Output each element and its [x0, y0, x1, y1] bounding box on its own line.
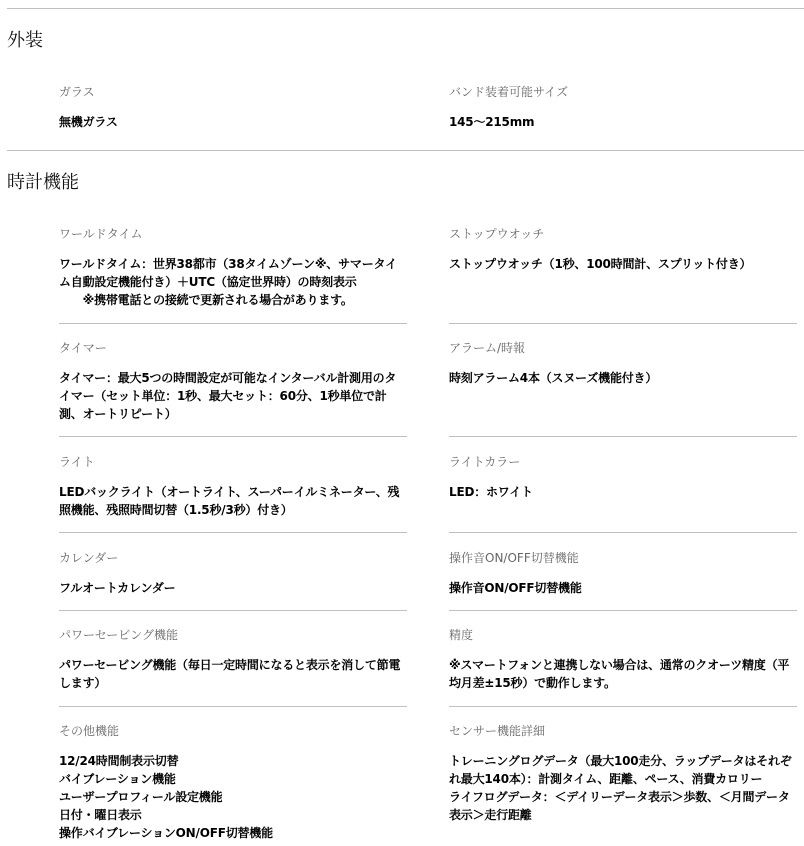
- row-divider: [449, 532, 797, 533]
- spec-item-light: ライト LEDバックライト（オートライト、スーパーイルミネーター、残 照機能、残…: [59, 455, 407, 519]
- row-divider: [59, 436, 407, 437]
- spec-label: バンド装着可能サイズ: [449, 85, 797, 99]
- spec-item-sensor-details: センサー機能詳細 トレーニングログデータ（最大100走分、ラップデータはそれぞ …: [449, 724, 797, 824]
- spec-label: 操作音ON/OFF切替機能: [449, 551, 797, 565]
- row-divider: [449, 610, 797, 611]
- section-title-watch-functions: 時計機能: [7, 168, 79, 194]
- spec-value: タイマー：最大5つの時間設定が可能なインターバル計測用のタ イマー（セット単位：…: [59, 369, 407, 423]
- row-divider: [59, 610, 407, 611]
- spec-value: フルオートカレンダー: [59, 579, 407, 597]
- row-divider: [449, 706, 797, 707]
- spec-item-other-functions: その他機能 12/24時間制表示切替 バイブレーション機能 ユーザープロフィール…: [59, 724, 407, 842]
- section-title-exterior: 外装: [7, 26, 43, 52]
- section-divider: [7, 150, 804, 151]
- spec-label: ガラス: [59, 85, 407, 99]
- spec-label: ライトカラー: [449, 455, 797, 469]
- spec-item-accuracy: 精度 ※スマートフォンと連携しない場合は、通常のクオーツ精度（平 均月差±15秒…: [449, 628, 797, 692]
- spec-value: パワーセービング機能（毎日一定時間になると表示を消して節電 します）: [59, 656, 407, 692]
- spec-value: 時刻アラーム4本（スヌーズ機能付き）: [449, 369, 797, 387]
- spec-value: ストップウオッチ（1秒、100時間計、スプリット付き）: [449, 255, 797, 273]
- spec-label: ライト: [59, 455, 407, 469]
- spec-label: アラーム/時報: [449, 341, 797, 355]
- spec-value: 操作音ON/OFF切替機能: [449, 579, 797, 597]
- spec-item-power-saving: パワーセービング機能 パワーセービング機能（毎日一定時間になると表示を消して節電…: [59, 628, 407, 692]
- row-divider: [59, 706, 407, 707]
- top-divider: [7, 8, 804, 9]
- spec-item-stopwatch: ストップウオッチ ストップウオッチ（1秒、100時間計、スプリット付き）: [449, 227, 797, 273]
- spec-label: タイマー: [59, 341, 407, 355]
- spec-value: 145〜215mm: [449, 113, 797, 131]
- spec-value: 無機ガラス: [59, 113, 407, 131]
- spec-item-band-size: バンド装着可能サイズ 145〜215mm: [449, 85, 797, 131]
- spec-value: 12/24時間制表示切替 バイブレーション機能 ユーザープロフィール設定機能 日…: [59, 752, 407, 842]
- spec-label: その他機能: [59, 724, 407, 738]
- row-divider: [59, 323, 407, 324]
- spec-item-light-color: ライトカラー LED：ホワイト: [449, 455, 797, 501]
- spec-value: トレーニングログデータ（最大100走分、ラップデータはそれぞ れ最大140本）：…: [449, 752, 797, 824]
- spec-item-calendar: カレンダー フルオートカレンダー: [59, 551, 407, 597]
- spec-value: LEDバックライト（オートライト、スーパーイルミネーター、残 照機能、残照時間切…: [59, 483, 407, 519]
- row-divider: [449, 436, 797, 437]
- spec-value: LED：ホワイト: [449, 483, 797, 501]
- spec-value: ワールドタイム：世界38都市（38タイムゾーン※、サマータイ ム自動設定機能付き…: [59, 255, 407, 309]
- spec-value: ※スマートフォンと連携しない場合は、通常のクオーツ精度（平 均月差±15秒）で動…: [449, 656, 797, 692]
- row-divider: [449, 323, 797, 324]
- spec-item-glass: ガラス 無機ガラス: [59, 85, 407, 131]
- spec-label: ワールドタイム: [59, 227, 407, 241]
- spec-item-timer: タイマー タイマー：最大5つの時間設定が可能なインターバル計測用のタ イマー（セ…: [59, 341, 407, 423]
- spec-label: センサー機能詳細: [449, 724, 797, 738]
- spec-label: カレンダー: [59, 551, 407, 565]
- row-divider: [59, 532, 407, 533]
- spec-item-world-time: ワールドタイム ワールドタイム：世界38都市（38タイムゾーン※、サマータイ ム…: [59, 227, 407, 309]
- spec-label: パワーセービング機能: [59, 628, 407, 642]
- spec-label: 精度: [449, 628, 797, 642]
- spec-item-alarm: アラーム/時報 時刻アラーム4本（スヌーズ機能付き）: [449, 341, 797, 387]
- spec-label: ストップウオッチ: [449, 227, 797, 241]
- spec-item-operation-sound: 操作音ON/OFF切替機能 操作音ON/OFF切替機能: [449, 551, 797, 597]
